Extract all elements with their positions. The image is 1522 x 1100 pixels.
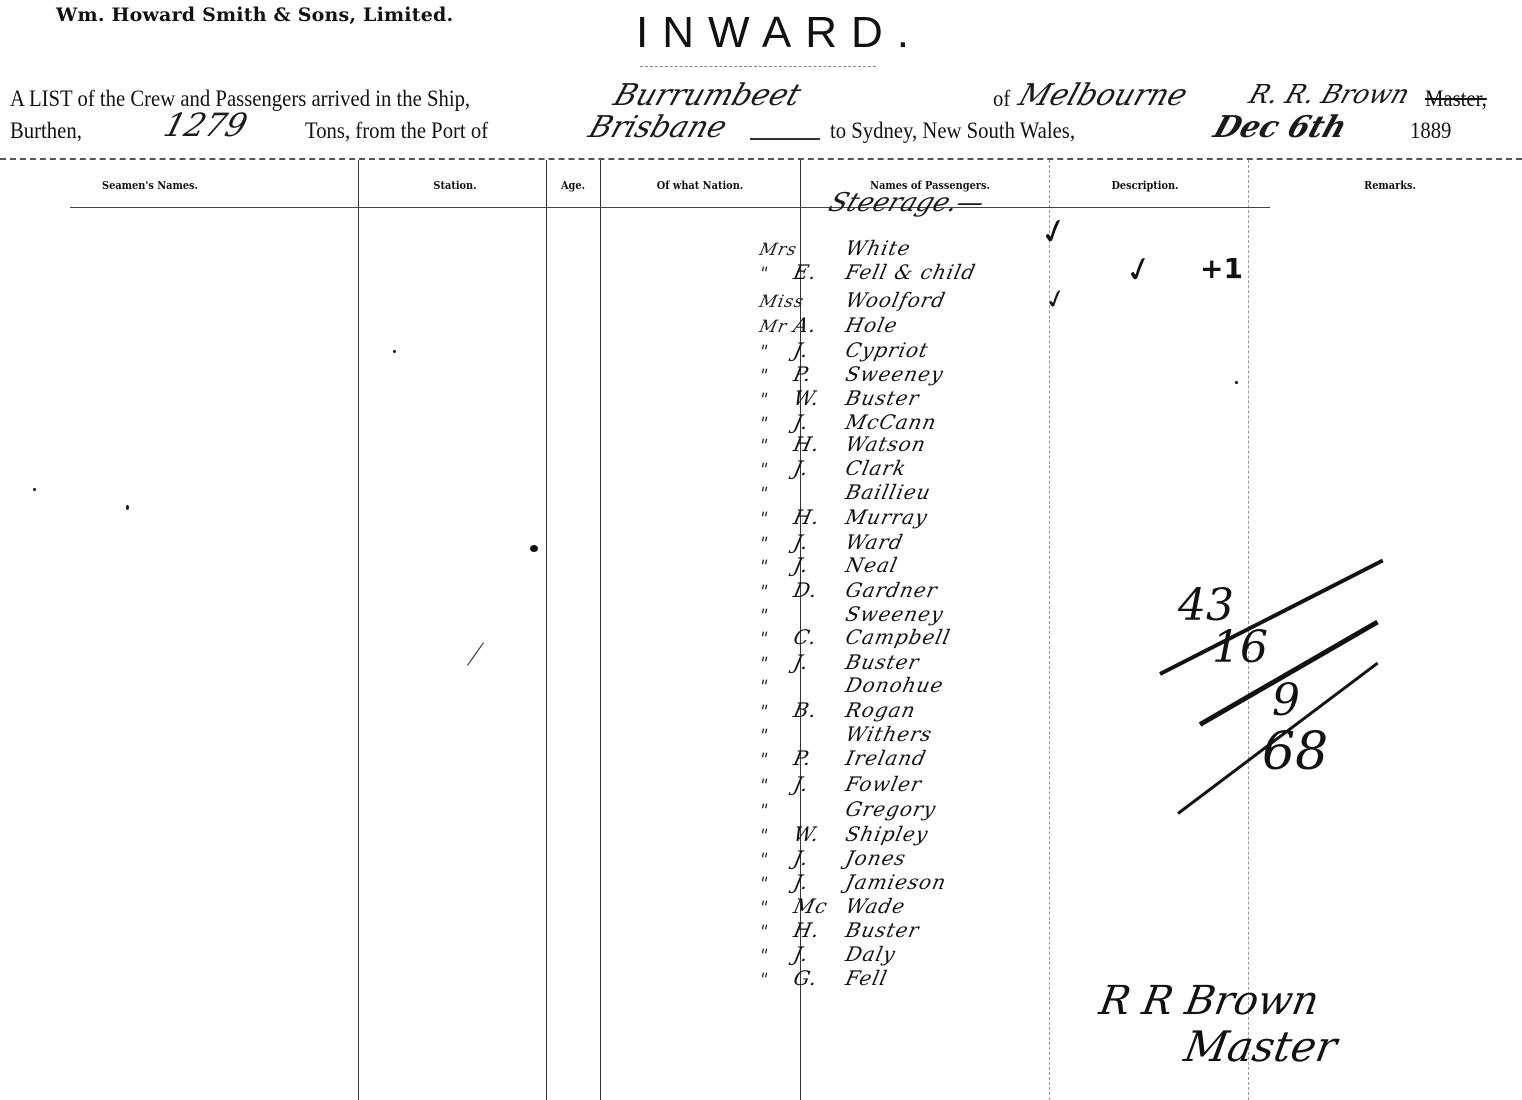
passenger-row: "Gregory [757, 797, 938, 821]
passenger-row: "Sweeney [757, 602, 946, 626]
passenger-row: "B.Rogan [757, 698, 918, 722]
master-title: Master [1181, 1022, 1341, 1071]
column-divider [546, 160, 547, 1100]
passenger-row: "J.McCann [757, 410, 939, 434]
tonnage-value: 1279 [160, 106, 252, 144]
passenger-row: "G.Fell [757, 966, 890, 990]
passenger-row: "J.Jones [757, 846, 908, 870]
column-header-rule [70, 207, 1270, 208]
passenger-row: "W.Shipley [757, 822, 930, 846]
passenger-row: "J.Jamieson [757, 870, 948, 894]
arrival-year: 1889 [1410, 118, 1451, 144]
col-nation: Of what Nation. [624, 178, 777, 192]
check-mark-icon: ✓ [1041, 283, 1070, 318]
col-age: Age. [552, 178, 595, 192]
check-mark-icon: ✓ [1120, 247, 1158, 293]
col-remarks: Remarks. [1314, 178, 1467, 192]
burthen-label: Burthen, [10, 118, 82, 144]
passenger-row: "Donohue [757, 673, 946, 697]
passenger-row: "J.Neal [757, 553, 900, 577]
class-heading: Steerage.— [825, 188, 989, 218]
passenger-row: "J.Buster [757, 650, 921, 674]
pen-stroke [467, 642, 484, 666]
column-divider [600, 160, 601, 1100]
title-underline [640, 66, 876, 67]
passenger-row: "J.Fowler [757, 772, 924, 796]
tons-from-port-label: Tons, from the Port of [305, 118, 488, 144]
remark-plus-one: +1 [1200, 252, 1243, 285]
col-description: Description. [1069, 178, 1222, 192]
passenger-row: MissWoolford [757, 288, 948, 312]
passenger-row: MrsWhite [757, 236, 913, 260]
passenger-row: "Withers [757, 722, 934, 746]
ink-speck [1235, 381, 1238, 384]
passenger-row: "E.Fell & child [757, 260, 978, 284]
passenger-row: "McWade [757, 894, 907, 918]
port-of-registry: Melbourne [1014, 78, 1191, 113]
passenger-row: "Baillieu [757, 480, 933, 504]
tally-total: 68 [1262, 722, 1328, 782]
ink-speck [393, 350, 396, 353]
passenger-row: "W.Buster [757, 386, 921, 410]
document-title: INWARD. [636, 8, 923, 58]
company-name: Wm. Howard Smith & Sons, Limited. [56, 4, 453, 26]
master-name: R. R. Brown [1245, 80, 1413, 110]
header-rule [0, 158, 1522, 160]
ink-blot [530, 545, 538, 552]
passenger-row: "D.Gardner [757, 578, 940, 602]
arrival-date: Dec 6th [1209, 110, 1351, 145]
from-port: Brisbane [584, 110, 731, 145]
passenger-row: "J.Ward [757, 530, 905, 554]
ink-speck [126, 505, 129, 510]
passenger-row: "J.Clark [757, 456, 908, 480]
master-label: Master, [1425, 86, 1487, 112]
passenger-row: "J.Cypriot [757, 338, 931, 362]
port-underline [750, 138, 820, 140]
col-station: Station. [391, 178, 519, 192]
passenger-row: "H.Murray [757, 505, 930, 529]
master-signature: R R Brown [1096, 978, 1322, 1024]
ink-speck [33, 488, 36, 491]
ship-name: Burrumbeet [609, 78, 805, 113]
passenger-row: "H.Watson [757, 432, 928, 456]
passenger-row: "P.Ireland [757, 746, 928, 770]
passenger-row: "C.Campbell [757, 625, 953, 649]
passenger-row: "H.Buster [757, 918, 921, 942]
column-divider [358, 160, 359, 1100]
of-label: of [993, 86, 1010, 112]
passenger-row: MrA.Hole [757, 313, 900, 337]
passenger-row: "P.Sweeney [757, 362, 946, 386]
check-mark-icon: ✓ [1035, 209, 1073, 255]
col-seamens-names: Seamen's Names. [74, 178, 227, 192]
to-sydney-label: to Sydney, New South Wales, [830, 118, 1075, 144]
passenger-row: "J.Daly [757, 942, 898, 966]
